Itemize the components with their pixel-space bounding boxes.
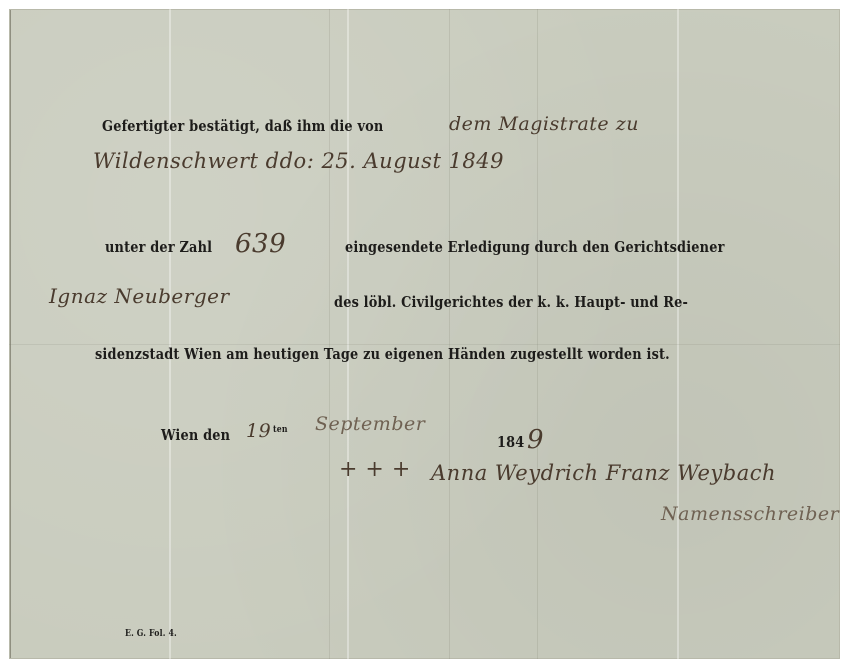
fold-line <box>347 9 349 659</box>
printed-place: Wien den <box>161 426 230 444</box>
handwritten-signature-names: Anna Weydrich Franz Weybach <box>431 461 776 485</box>
fold-line <box>537 9 538 659</box>
handwritten-file-number: 639 <box>235 229 286 259</box>
printed-year: 184 <box>497 433 524 451</box>
fold-line <box>169 9 171 659</box>
signature-crosses: + + + <box>339 457 411 482</box>
printed-line-3: eingesendete Erledigung durch den Gerich… <box>345 238 725 256</box>
day-suffix: ten <box>273 425 288 435</box>
handwritten-court-servant-name: Ignaz Neuberger <box>49 284 230 308</box>
handwritten-year-digit: 9 <box>527 425 544 455</box>
printed-number-label: unter der Zahl <box>105 238 212 256</box>
footer-form-mark: E. G. Fol. 4. <box>125 629 177 639</box>
document-paper: Gefertigter bestätigt, daß ihm die von d… <box>9 9 840 659</box>
fold-line <box>677 9 679 659</box>
fold-line <box>449 9 450 659</box>
printed-line-5: sidenzstadt Wien am heutigen Tage zu eig… <box>95 345 670 363</box>
handwritten-place-date: Wildenschwert ddo: 25. August 1849 <box>93 149 504 173</box>
printed-line-1: Gefertigter bestätigt, daß ihm die von <box>102 117 383 135</box>
handwritten-day: 19 <box>246 420 271 442</box>
handwritten-scribe-role: Namensschreiber <box>661 503 839 525</box>
printed-line-4: des löbl. Civilgerichtes der k. k. Haupt… <box>334 293 688 311</box>
handwritten-month: September <box>315 413 425 435</box>
handwritten-authority: dem Magistrate zu <box>449 113 639 135</box>
fold-line <box>329 9 330 659</box>
